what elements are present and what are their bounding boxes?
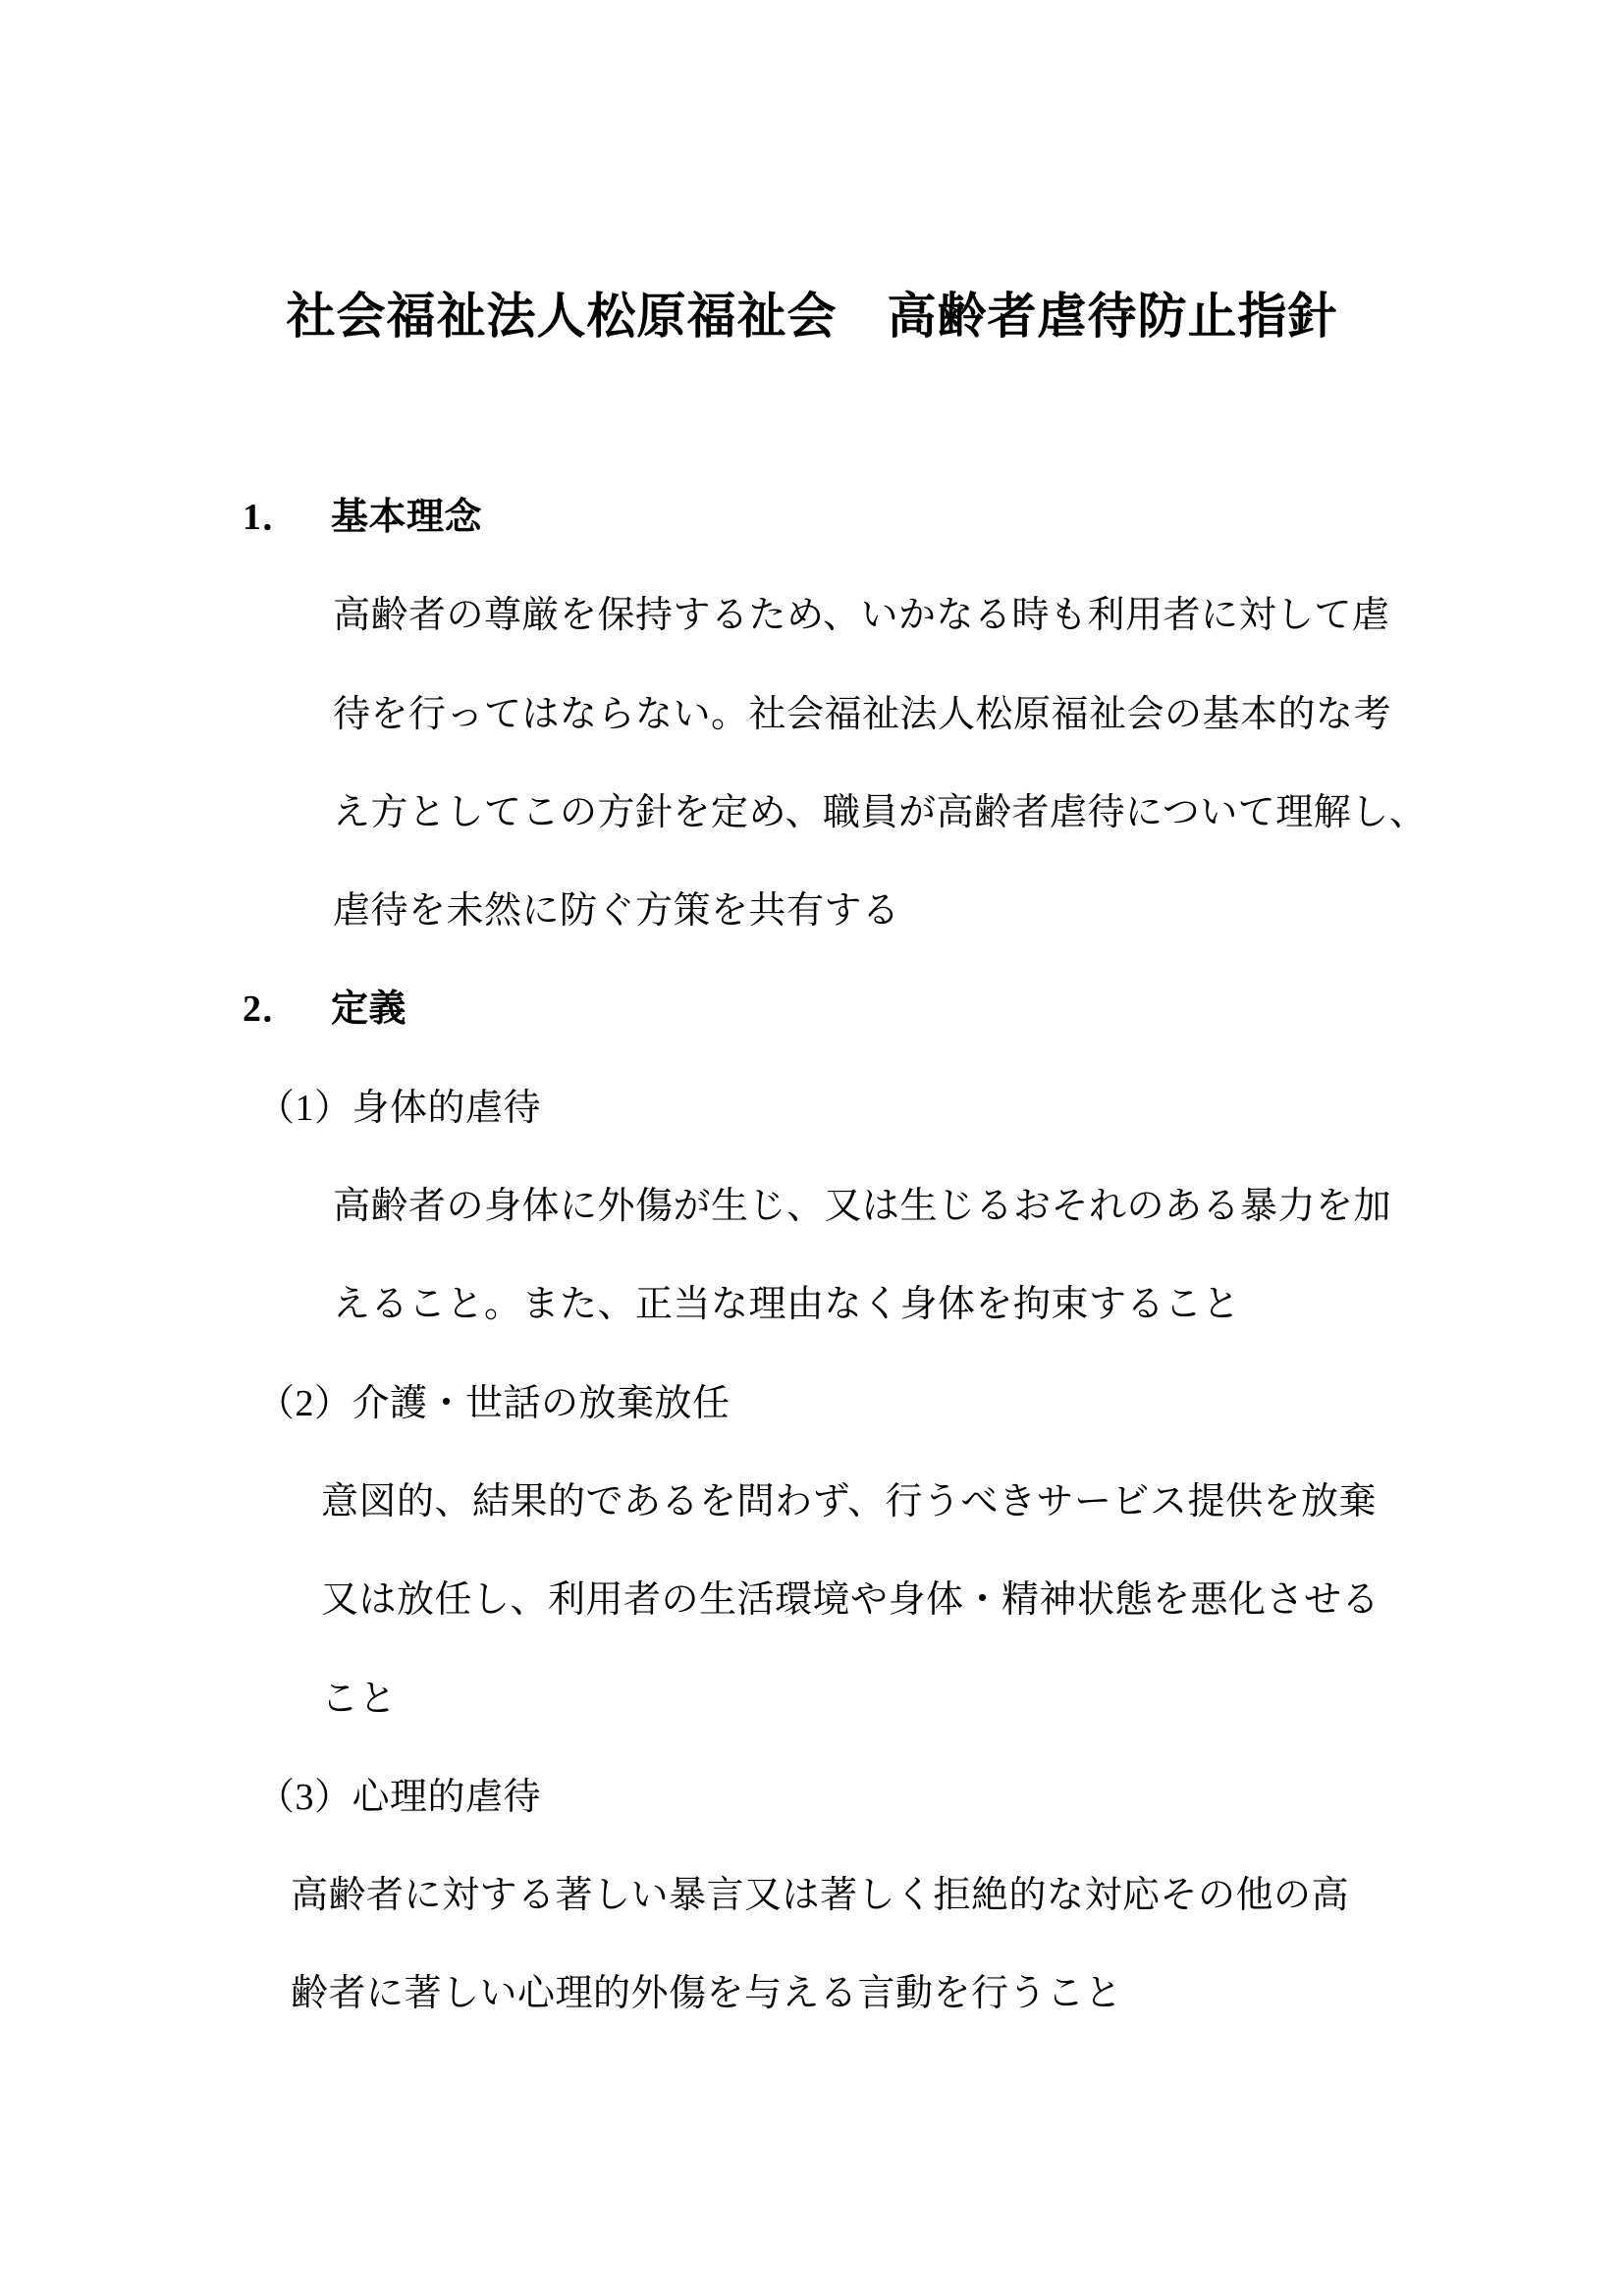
body-line: 待を行ってはならない。社会福祉法人松原福祉会の基本的な考 [0, 666, 1624, 764]
document-page: 社会福祉法人松原福祉会 高齢者虐待防止指針 1．基本理念高齢者の尊厳を保持するた… [0, 0, 1624, 2296]
section-number: 2． [243, 960, 331, 1058]
section-heading-label: 定義 [331, 988, 406, 1030]
body-line: 齢者に著しい心理的外傷を与える言動を行うこと [0, 1945, 1624, 2043]
body-line: 虐待を未然に防ぐ方策を共有する [0, 862, 1624, 960]
body-line: こと [0, 1650, 1624, 1748]
subsection-heading: （1）身体的虐待 [0, 1059, 1624, 1157]
subsection-heading: （2）介護・世話の放棄放任 [0, 1355, 1624, 1453]
section-heading-label: 基本理念 [331, 497, 482, 538]
subsection-heading: （3）心理的虐待 [0, 1748, 1624, 1846]
body-line: 意図的、結果的であるを問わず、行うべきサービス提供を放棄 [0, 1453, 1624, 1551]
body-line: 高齢者に対する著しい暴言又は著しく拒絶的な対応その他の高 [0, 1846, 1624, 1945]
body-line: えること。また、正当な理由なく身体を拘束すること [0, 1255, 1624, 1354]
body-line: 高齢者の身体に外傷が生じ、又は生じるおそれのある暴力を加 [0, 1157, 1624, 1255]
section-heading: 2．定義 [0, 960, 1624, 1058]
body-line: 高齢者の尊厳を保持するため、いかなる時も利用者に対して虐 [0, 566, 1624, 665]
body-line: え方としてこの方針を定め、職員が高齢者虐待について理解し、 [0, 764, 1624, 862]
section-heading: 1．基本理念 [0, 468, 1624, 566]
section-number: 1． [243, 468, 331, 566]
document-title: 社会福祉法人松原福祉会 高齢者虐待防止指針 [0, 290, 1624, 343]
document-body: 1．基本理念高齢者の尊厳を保持するため、いかなる時も利用者に対して虐待を行っては… [0, 468, 1624, 2044]
body-line: 又は放任し、利用者の生活環境や身体・精神状態を悪化させる [0, 1551, 1624, 1649]
